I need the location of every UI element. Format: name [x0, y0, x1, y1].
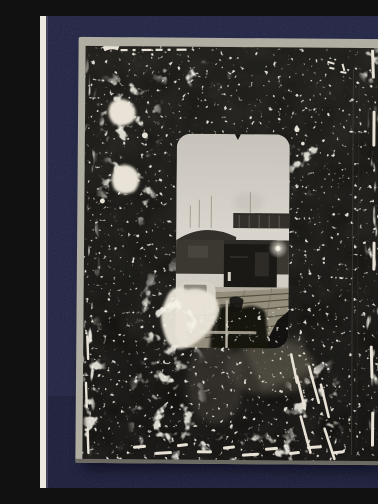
book-back-cover: [75, 37, 378, 471]
book-photo-artwork: [40, 16, 378, 488]
photo-of-book-back-cover: Worn photobook back cover lying on a dar…: [40, 16, 378, 488]
surface-edge-sliver: [40, 16, 46, 488]
scratch-texture: [75, 37, 378, 465]
